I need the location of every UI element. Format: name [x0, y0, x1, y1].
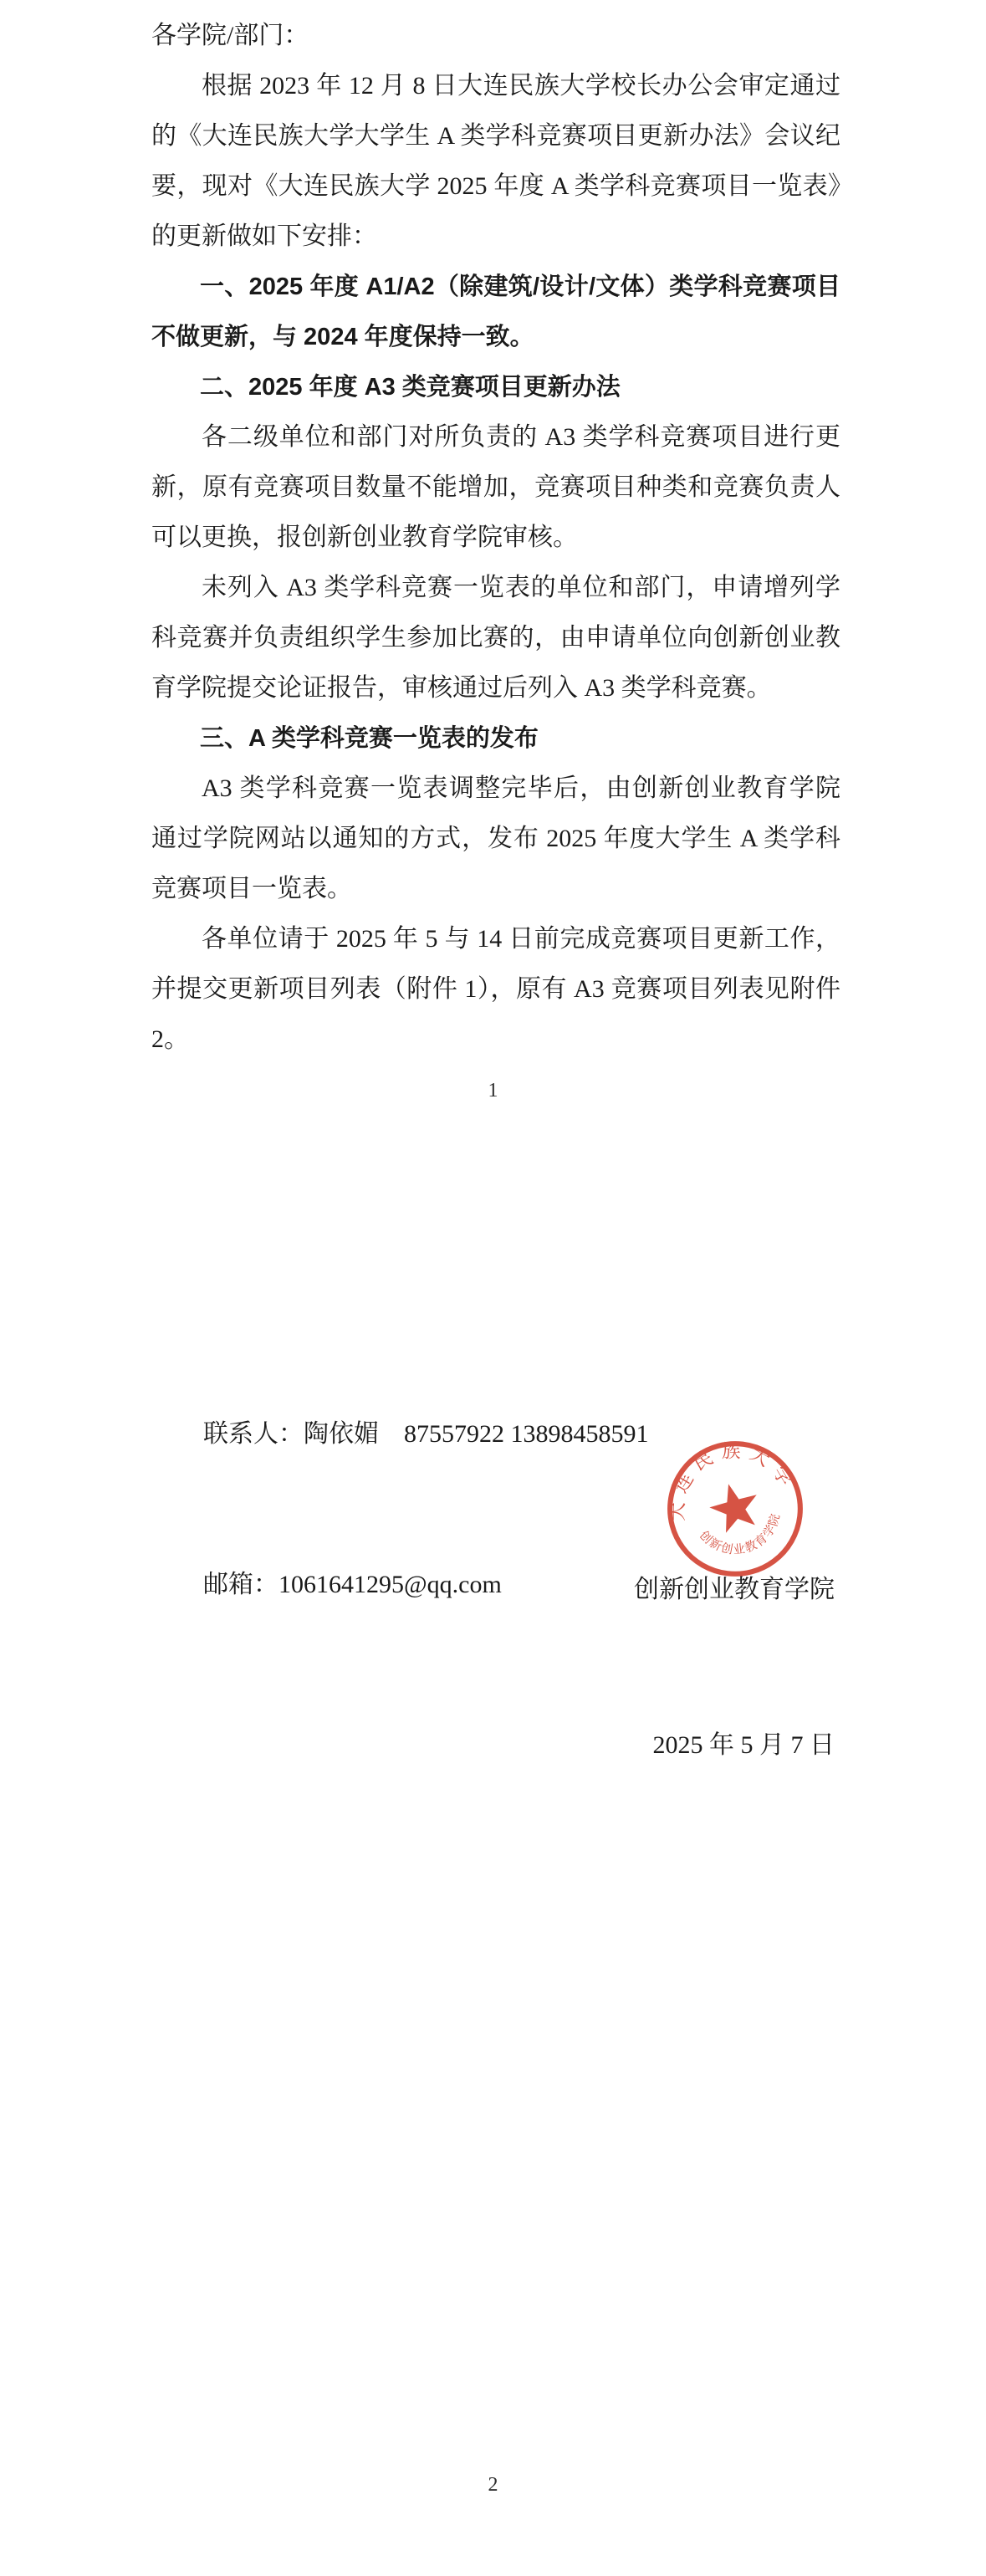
official-stamp: 大连民族大学 创新创业教育学院: [665, 1439, 805, 1579]
paragraph-publish: A3 类学科竞赛一览表调整完毕后，由创新创业教育学院通过学院网站以通知的方式，发…: [151, 764, 840, 914]
paragraph-intro: 根据 2023 年 12 月 8 日大连民族大学校长办公会审定通过的《大连民族大…: [151, 61, 840, 262]
signature-date: 2025 年 5 月 7 日: [634, 1720, 835, 1771]
section-heading-1: 一、2025 年度 A1/A2（除建筑/设计/文体）类学科竞赛项目不做更新，与 …: [151, 262, 840, 362]
page-number-2: 2: [0, 2474, 986, 2496]
paragraph-a3-apply: 未列入 A3 类学科竞赛一览表的单位和部门，申请增列学科竞赛并负责组织学生参加比…: [151, 563, 840, 713]
contact-person-line: 联系人：陶依媚 87557922 13898458591: [203, 1409, 649, 1459]
section-heading-3: 三、A 类学科竞赛一览表的发布: [151, 713, 840, 764]
contact-block: 联系人：陶依媚 87557922 13898458591 邮箱：10616412…: [203, 1309, 649, 1710]
section-heading-2: 二、2025 年度 A3 类竞赛项目更新办法: [151, 362, 840, 412]
stamp-star-icon: [705, 1478, 764, 1536]
paragraph-deadline: 各单位请于 2025 年 5 与 14 日前完成竞赛项目更新工作，并提交更新项目…: [151, 914, 840, 1065]
contact-email-line: 邮箱：1061641295@qq.com: [203, 1560, 649, 1610]
page-number-1: 1: [0, 1080, 986, 1101]
document-sheet: 各学院/部门： 根据 2023 年 12 月 8 日大连民族大学校长办公会审定通…: [0, 0, 986, 2576]
paragraph-a3-update: 各二级单位和部门对所负责的 A3 类学科竞赛项目进行更新，原有竞赛项目数量不能增…: [151, 412, 840, 563]
page1-body: 各学院/部门： 根据 2023 年 12 月 8 日大连民族大学校长办公会审定通…: [151, 11, 840, 1065]
salutation-line: 各学院/部门：: [151, 11, 840, 61]
